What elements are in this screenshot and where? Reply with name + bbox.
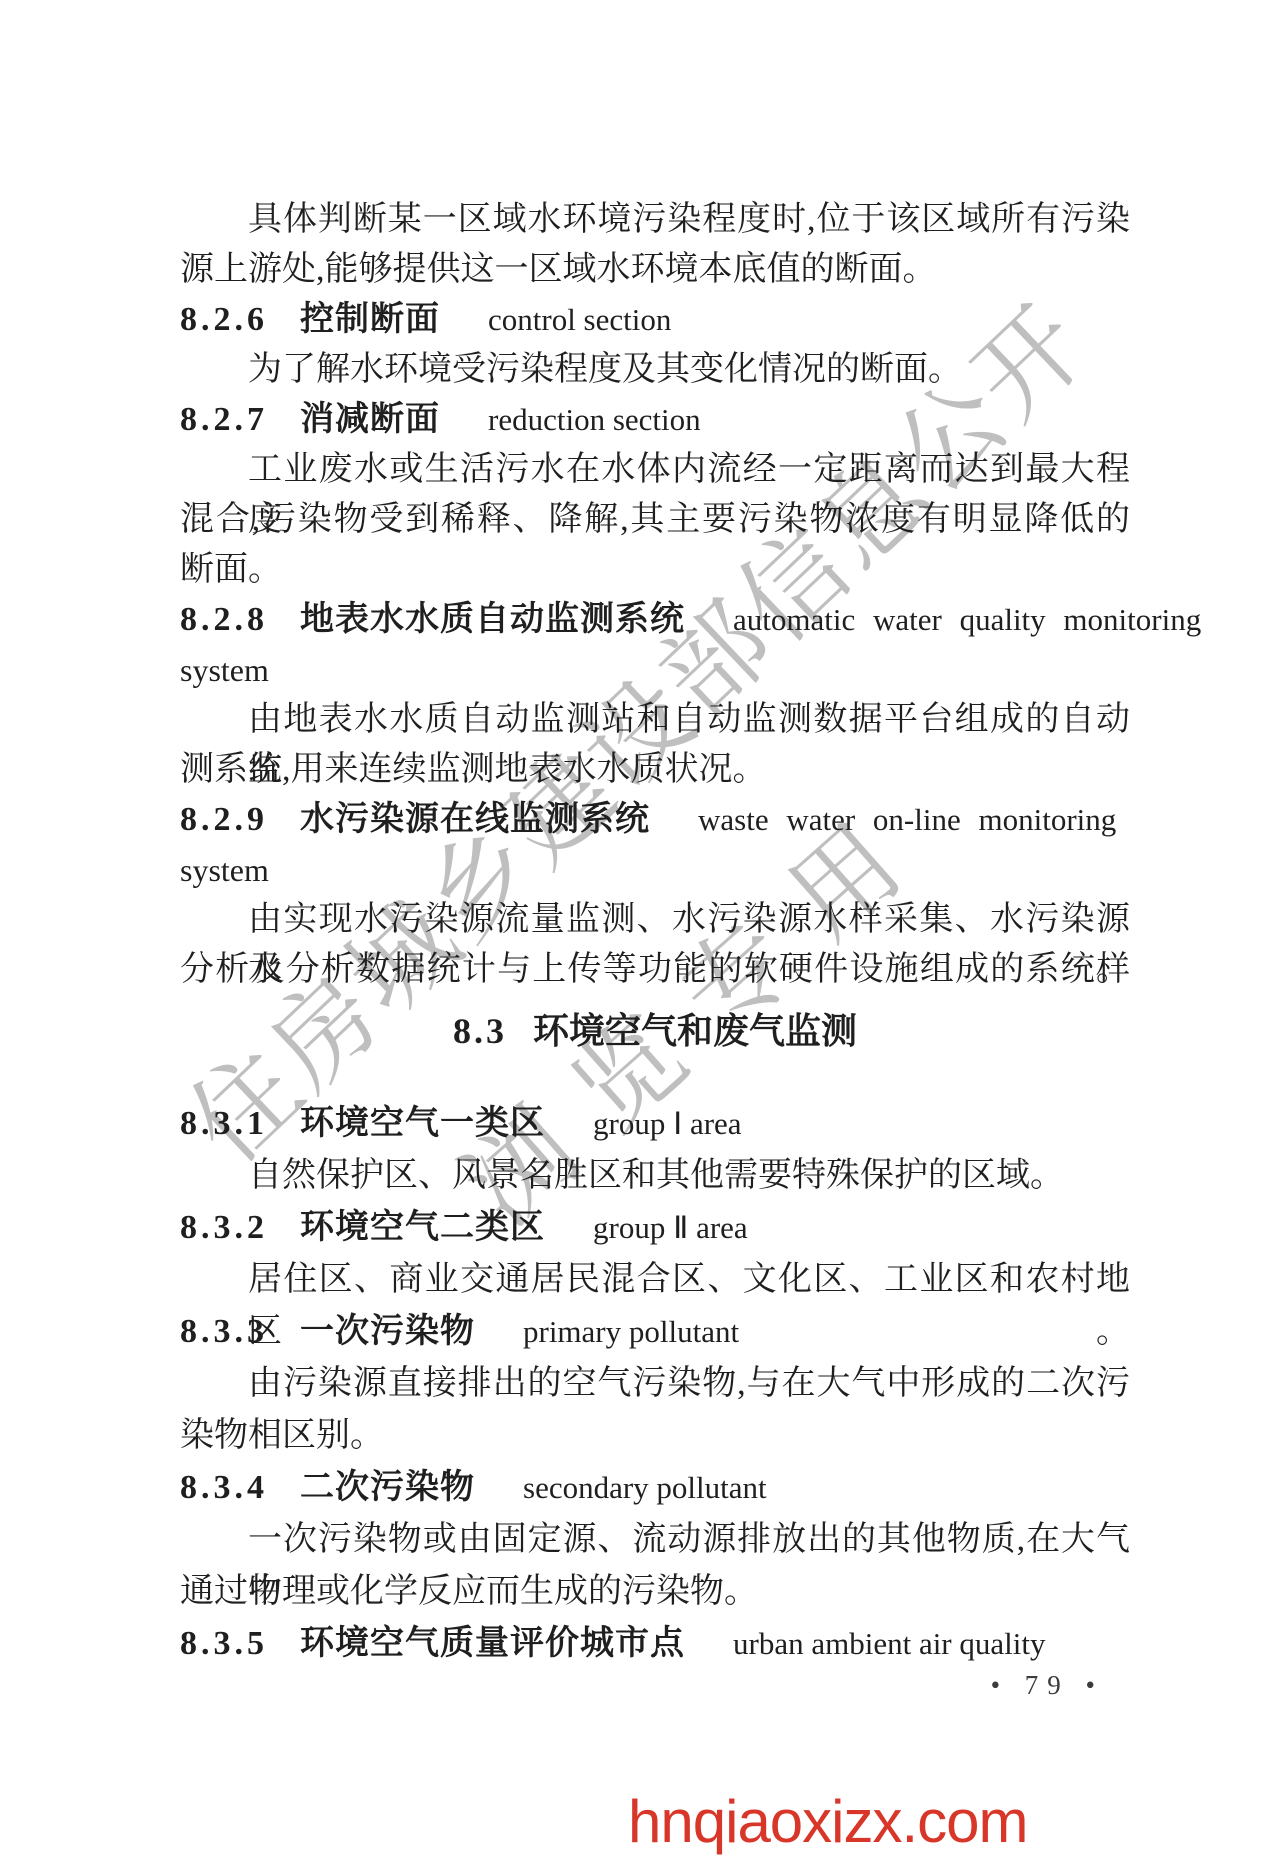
page-number: • 79 • bbox=[991, 1670, 1104, 1700]
body-text-column: 具体判断某一区域水环境污染程度时,位于该区域所有污染 源上游处,能够提供这一区域… bbox=[180, 195, 1130, 1670]
term-chinese: 环境空气一类区 bbox=[300, 1105, 545, 1142]
section-title: 环境空气和废气监测 bbox=[533, 1011, 857, 1051]
paragraph-line: 由污染源直接排出的空气污染物,与在大气中形成的二次污 bbox=[180, 1358, 1130, 1410]
paragraph-line: 断面。 bbox=[180, 545, 1130, 595]
paragraph-line: 由实现水污染源流量监测、水污染源水样采集、水污染源水样 bbox=[180, 895, 1130, 945]
paragraph-line: 通过物理或化学反应而生成的污染物。 bbox=[180, 1566, 1130, 1618]
document-page: 住房城乡建设部信息公开 浏览专用 具体判断某一区域水环境污染程度时,位于该区域所… bbox=[0, 0, 1280, 1856]
paragraph-line: 一次污染物或由固定源、流动源排放出的其他物质,在大气中 bbox=[180, 1514, 1130, 1566]
term-number: 8.3.1 bbox=[180, 1105, 268, 1142]
paragraph-line: 为了解水环境受污染程度及其变化情况的断面。 bbox=[180, 345, 1130, 395]
paragraph-line: 混合,污染物受到稀释、降解,其主要污染物浓度有明显降低的 bbox=[180, 495, 1130, 545]
term-number: 8.3.5 bbox=[180, 1625, 268, 1662]
term-english: secondary pollutant bbox=[523, 1470, 767, 1505]
term-entry-834: 8.3.4二次污染物secondary pollutant bbox=[180, 1462, 1130, 1514]
paragraph-line: 染物相区别。 bbox=[180, 1410, 1130, 1462]
term-entry-826: 8.2.6控制断面control section bbox=[180, 295, 1130, 345]
term-english: waste water on-line monitoring bbox=[698, 802, 1116, 837]
term-entry-828: 8.2.8地表水水质自动监测系统automatic water quality … bbox=[180, 595, 1130, 645]
site-watermark-url: hnqiaoxizx.com bbox=[628, 1792, 1028, 1852]
term-chinese: 一次污染物 bbox=[300, 1313, 475, 1350]
term-number: 8.2.7 bbox=[180, 401, 268, 438]
term-number: 8.3.2 bbox=[180, 1209, 268, 1246]
term-english: reduction section bbox=[488, 402, 701, 437]
section-number: 8.3 bbox=[453, 1011, 507, 1051]
term-entry-835: 8.3.5环境空气质量评价城市点urban ambient air qualit… bbox=[180, 1618, 1130, 1670]
term-chinese: 二次污染物 bbox=[300, 1469, 475, 1506]
paragraph-line: 分析及分析数据统计与上传等功能的软硬件设施组成的系统。 bbox=[180, 945, 1130, 995]
section-heading-83: 8.3环境空气和废气监测 bbox=[180, 1006, 1130, 1056]
term-english-continuation: system bbox=[180, 845, 1130, 895]
term-english: automatic water quality monitoring bbox=[733, 602, 1201, 637]
term-entry-827: 8.2.7消减断面reduction section bbox=[180, 395, 1130, 445]
term-chinese: 控制断面 bbox=[300, 301, 440, 338]
term-chinese: 消减断面 bbox=[300, 401, 440, 438]
term-english: urban ambient air quality bbox=[733, 1626, 1045, 1661]
paragraph-line: 源上游处,能够提供这一区域水环境本底值的断面。 bbox=[180, 245, 1130, 295]
term-chinese: 地表水水质自动监测系统 bbox=[300, 601, 685, 638]
term-entry-832: 8.3.2环境空气二类区group Ⅱ area bbox=[180, 1202, 1130, 1254]
paragraph-line: 工业废水或生活污水在水体内流经一定距离而达到最大程度 bbox=[180, 445, 1130, 495]
term-chinese: 水污染源在线监测系统 bbox=[300, 801, 650, 838]
term-number: 8.2.8 bbox=[180, 601, 268, 638]
term-english: control section bbox=[488, 302, 671, 337]
term-english: group Ⅱ area bbox=[593, 1210, 748, 1245]
paragraph-line: 测系统,用来连续监测地表水水质状况。 bbox=[180, 745, 1130, 795]
term-number: 8.2.9 bbox=[180, 801, 268, 838]
paragraph-line: 自然保护区、风景名胜区和其他需要特殊保护的区域。 bbox=[180, 1150, 1130, 1202]
term-english: group Ⅰ area bbox=[593, 1106, 742, 1141]
term-number: 8.3.3 bbox=[180, 1313, 268, 1350]
term-entry-831: 8.3.1环境空气一类区group Ⅰ area bbox=[180, 1098, 1130, 1150]
term-english-continuation: system bbox=[180, 645, 1130, 695]
term-number: 8.2.6 bbox=[180, 301, 268, 338]
term-chinese: 环境空气二类区 bbox=[300, 1209, 545, 1246]
term-english: primary pollutant bbox=[523, 1314, 739, 1349]
term-entry-829: 8.2.9水污染源在线监测系统waste water on-line monit… bbox=[180, 795, 1130, 845]
paragraph-line: 居住区、商业交通居民混合区、文化区、工业区和农村地区。 bbox=[180, 1254, 1130, 1306]
term-chinese: 环境空气质量评价城市点 bbox=[300, 1625, 685, 1662]
paragraph-line: 由地表水水质自动监测站和自动监测数据平台组成的自动监 bbox=[180, 695, 1130, 745]
term-number: 8.3.4 bbox=[180, 1469, 268, 1506]
paragraph-line: 具体判断某一区域水环境污染程度时,位于该区域所有污染 bbox=[180, 195, 1130, 245]
